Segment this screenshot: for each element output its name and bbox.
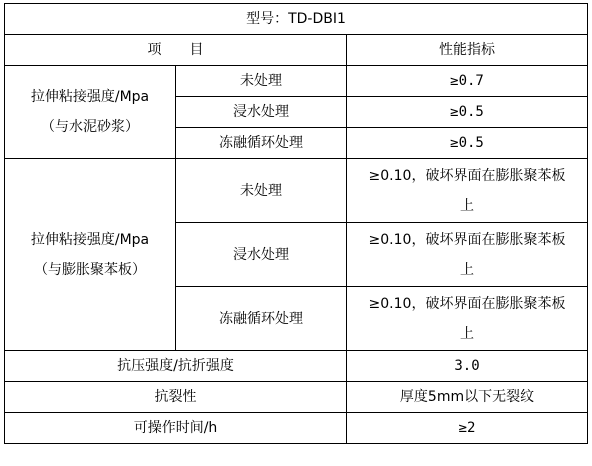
table-row: 抗裂性 厚度5mm以下无裂纹 — [5, 382, 588, 413]
value-line1: ≥0.10，破坏界面在膨胀聚苯板 — [351, 289, 583, 319]
value-cell: ≥0.7 — [347, 66, 588, 97]
condition-cell: 未处理 — [176, 159, 347, 223]
table-row: 抗压强度/抗折强度 3.0 — [5, 351, 588, 382]
value-line2: 上 — [351, 255, 583, 285]
spec-table: 型号：TD-DBI1 项 目 性能指标 拉伸粘接强度/Mpa （与水泥砂浆） 未… — [4, 3, 588, 444]
group-name-eps: 拉伸粘接强度/Mpa （与膨胀聚苯板） — [5, 159, 176, 351]
title-row: 型号：TD-DBI1 — [5, 4, 588, 35]
table-row: 拉伸粘接强度/Mpa （与水泥砂浆） 未处理 ≥0.7 — [5, 66, 588, 97]
value-cell: ≥0.10，破坏界面在膨胀聚苯板 上 — [347, 287, 588, 351]
value-cell: 3.0 — [347, 351, 588, 382]
table-title: 型号：TD-DBI1 — [5, 4, 588, 35]
value-line2: 上 — [351, 319, 583, 349]
value-line1: ≥0.10，破坏界面在膨胀聚苯板 — [351, 161, 583, 191]
condition-cell: 浸水处理 — [176, 97, 347, 128]
header-item: 项 目 — [5, 35, 347, 66]
group-name-line2: （与膨胀聚苯板） — [9, 255, 171, 285]
header-performance: 性能指标 — [347, 35, 588, 66]
condition-cell: 冻融循环处理 — [176, 287, 347, 351]
value-cell: ≥0.5 — [347, 97, 588, 128]
value-cell: ≥0.5 — [347, 128, 588, 159]
item-cell: 抗裂性 — [5, 382, 347, 413]
condition-cell: 未处理 — [176, 66, 347, 97]
group-name-line1: 拉伸粘接强度/Mpa — [9, 225, 171, 255]
group-name-line1: 拉伸粘接强度/Mpa — [9, 82, 171, 112]
item-cell: 抗压强度/抗折强度 — [5, 351, 347, 382]
group-name-mortar: 拉伸粘接强度/Mpa （与水泥砂浆） — [5, 66, 176, 159]
value-cell: 厚度5mm以下无裂纹 — [347, 382, 588, 413]
item-cell: 可操作时间/h — [5, 413, 347, 444]
value-cell: ≥0.10，破坏界面在膨胀聚苯板 上 — [347, 223, 588, 287]
value-line1: ≥0.10，破坏界面在膨胀聚苯板 — [351, 225, 583, 255]
value-line2: 上 — [351, 191, 583, 221]
condition-cell: 冻融循环处理 — [176, 128, 347, 159]
condition-cell: 浸水处理 — [176, 223, 347, 287]
header-row: 项 目 性能指标 — [5, 35, 588, 66]
table-row: 拉伸粘接强度/Mpa （与膨胀聚苯板） 未处理 ≥0.10，破坏界面在膨胀聚苯板… — [5, 159, 588, 223]
table-row: 可操作时间/h ≥2 — [5, 413, 588, 444]
value-cell: ≥0.10，破坏界面在膨胀聚苯板 上 — [347, 159, 588, 223]
group-name-line2: （与水泥砂浆） — [9, 112, 171, 142]
value-cell: ≥2 — [347, 413, 588, 444]
